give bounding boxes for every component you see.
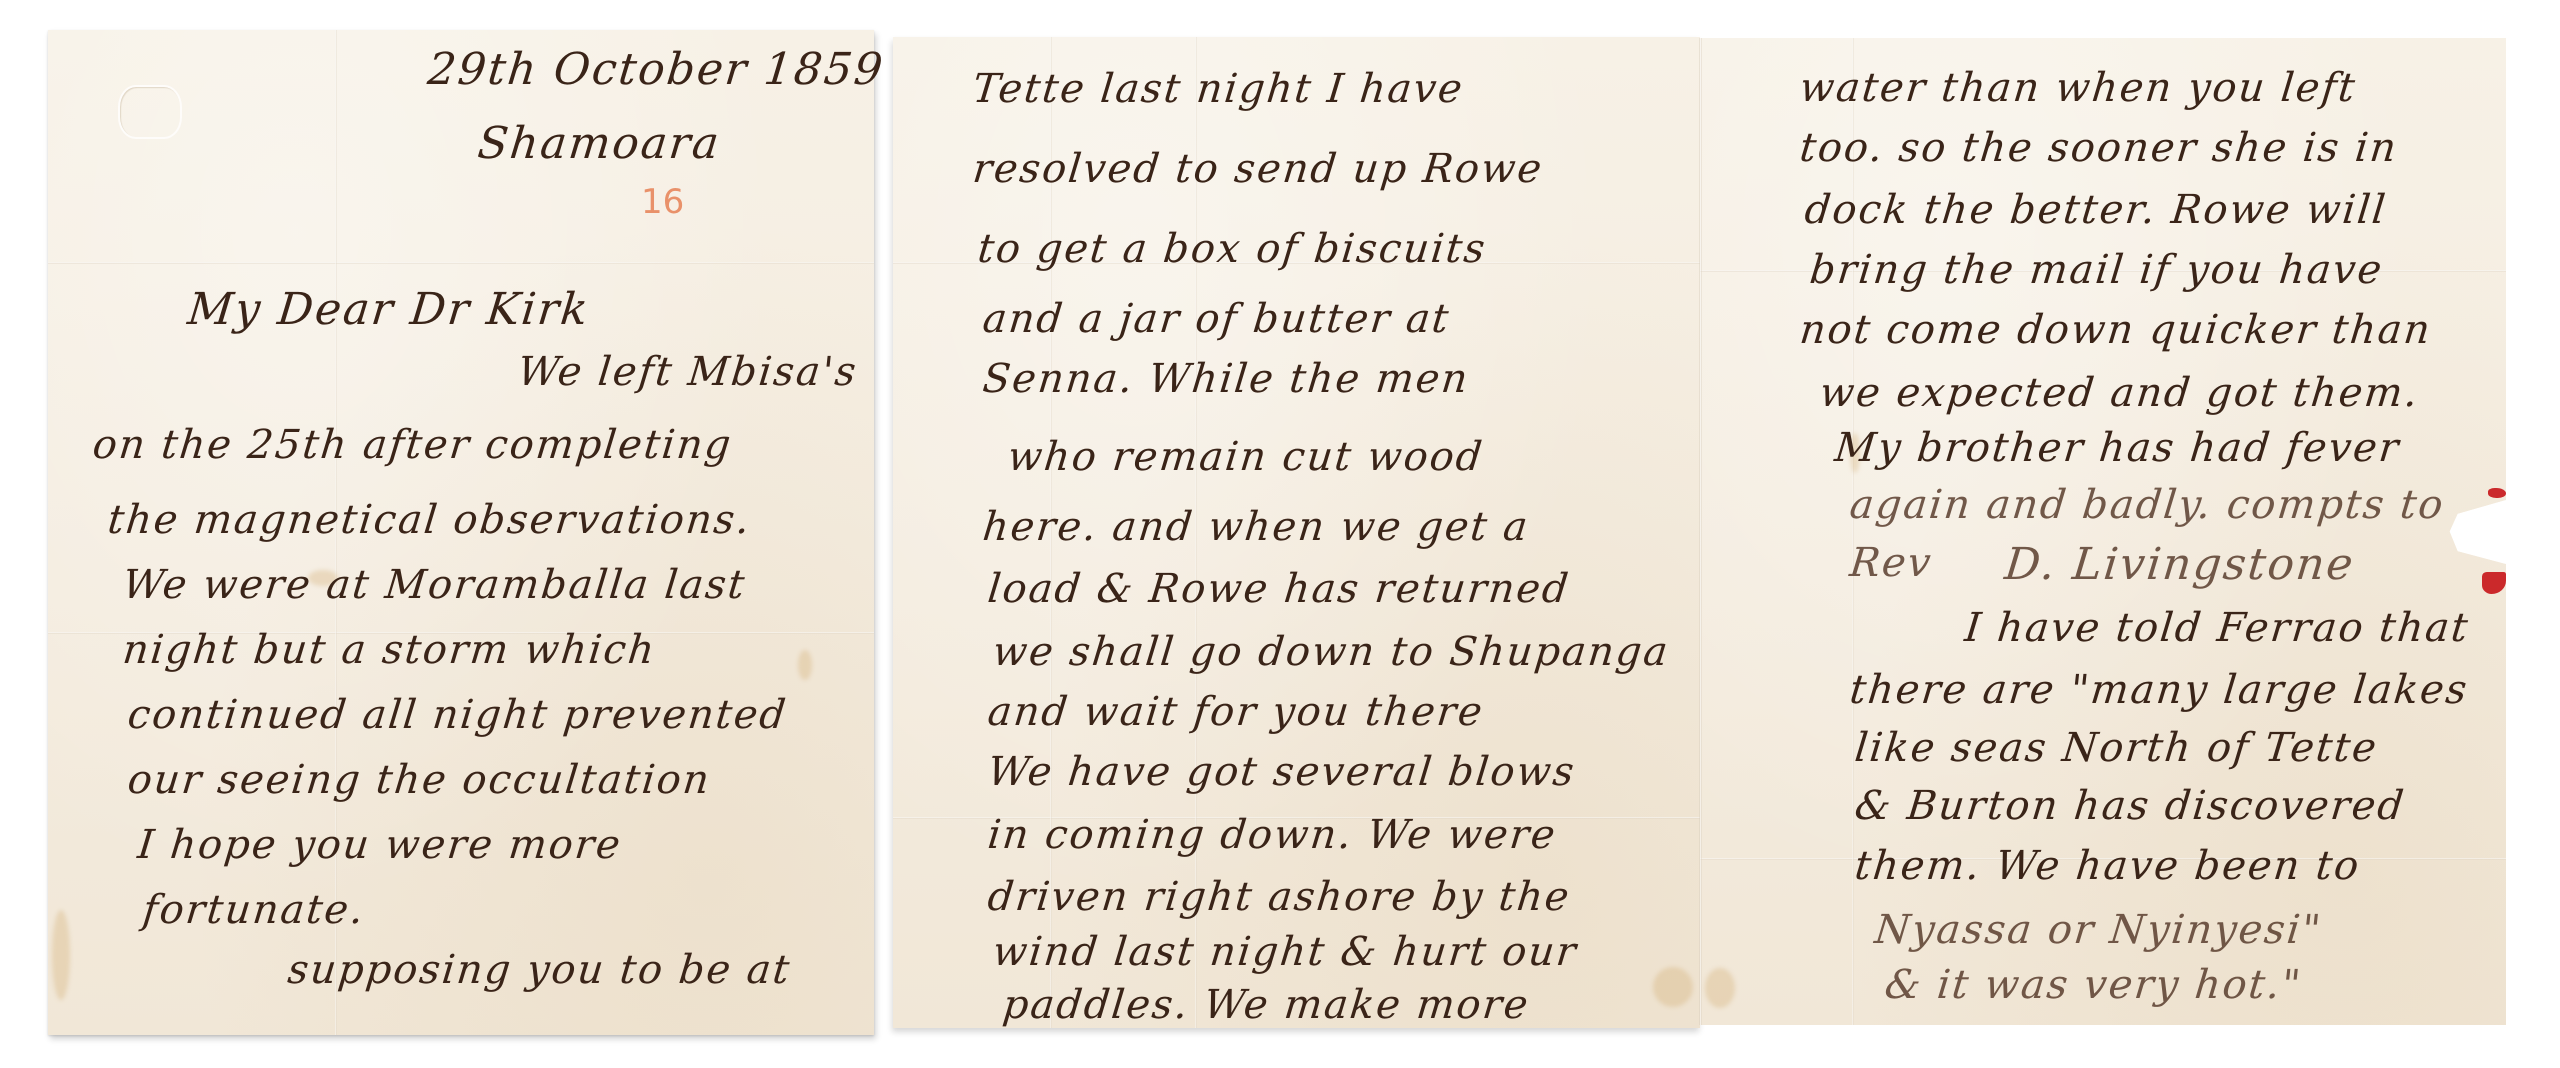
letter-line: our seeing the occultation	[126, 760, 713, 800]
letter-page-middle: Tette last night I have resolved to send…	[893, 37, 1700, 1028]
letter-line: load & Rowe has returned	[986, 569, 1572, 609]
letter-page-right: water than when you left too. so the soo…	[1700, 38, 2506, 1025]
fold-crease	[48, 262, 874, 264]
letter-line: supposing you to be at	[286, 950, 793, 990]
postscript-line: I have told Ferrao that	[1963, 608, 2471, 648]
letter-line: We left Mbisa's	[516, 352, 860, 392]
letter-line: My brother has had fever	[1833, 428, 2402, 468]
letter-line: who remain cut wood	[1006, 437, 1486, 477]
letter-line: fortunate.	[141, 890, 367, 930]
letter-line: night but a storm which	[121, 630, 658, 670]
letter-line: too. so the sooner she is in	[1798, 128, 2400, 168]
letter-line: again and badly. compts to	[1848, 485, 2447, 525]
letter-page-left: 29th October 1859 Shamoara 16 My Dear Dr…	[48, 30, 874, 1035]
center-fold	[1699, 38, 1702, 1025]
letter-line: wind last night & hurt our	[991, 932, 1580, 972]
letter-line: and a jar of butter at	[981, 299, 1452, 339]
letter-line: Tette last night I have	[971, 69, 1466, 109]
letter-line: we expected and got them.	[1818, 373, 2421, 413]
embossed-stationer-stamp	[118, 85, 182, 139]
letter-line: and wait for you there	[986, 692, 1486, 732]
letter-date: 29th October 1859	[426, 48, 887, 92]
closing-rev: Rev	[1848, 543, 1935, 583]
postscript-line: like seas North of Tette	[1853, 728, 2380, 768]
letter-line: resolved to send up Rowe	[971, 149, 1545, 189]
letter-line: We were at Moramballa last	[121, 565, 748, 605]
letter-line: I hope you were more	[136, 825, 624, 865]
letter-line: water than when you left	[1798, 68, 2359, 108]
letter-salutation: My Dear Dr Kirk	[186, 288, 592, 332]
letter-line: bring the mail if you have	[1808, 250, 2385, 290]
archive-number: 16	[641, 182, 684, 222]
letter-line: we shall go down to Shupanga	[991, 632, 1672, 672]
signature: D. Livingstone	[2003, 543, 2357, 587]
paper-stain	[1705, 968, 1735, 1008]
letter-line: in coming down. We were	[986, 815, 1559, 855]
letter-line: Senna. While the men	[981, 359, 1472, 399]
postscript-line: & Burton has discovered	[1853, 786, 2407, 826]
letter-line: here. and when we get a	[981, 507, 1531, 547]
postscript-line: them. We have been to	[1853, 846, 2362, 886]
paper-stain	[52, 910, 70, 1000]
postscript-line: Nyassa or Nyinyesi"	[1873, 910, 2324, 950]
letter-line: dock the better. Rowe will	[1803, 190, 2389, 230]
letter-line: paddles. We make more	[1001, 985, 1532, 1025]
paper-stain	[1653, 967, 1693, 1007]
letter-place: Shamoara	[476, 122, 723, 166]
letter-line: on the 25th after completing	[91, 425, 734, 465]
letter-line: not come down quicker than	[1798, 310, 2434, 350]
postscript-line: there are "many large lakes	[1848, 670, 2471, 710]
paper-stain	[798, 650, 812, 680]
letter-line: to get a box of biscuits	[976, 229, 1489, 269]
letter-line: continued all night prevented	[126, 695, 789, 735]
wax-seal-remnant	[2488, 488, 2506, 498]
postscript-line: & it was very hot."	[1883, 965, 2304, 1005]
letter-line: We have got several blows	[986, 752, 1578, 792]
letter-line: the magnetical observations.	[106, 500, 753, 540]
letter-line: driven right ashore by the	[986, 877, 1573, 917]
